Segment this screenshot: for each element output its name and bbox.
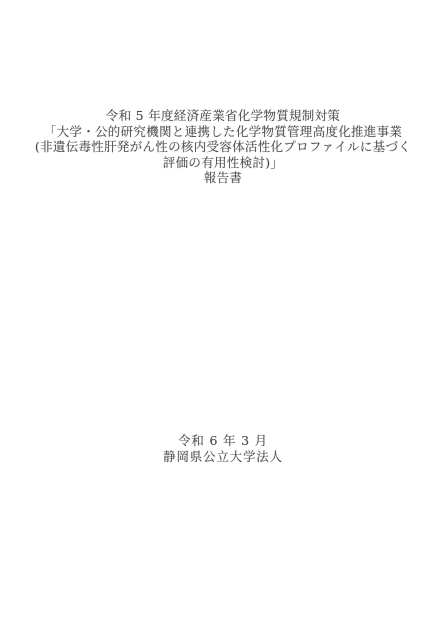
report-cover-page: 令和 5 年度経済産業省化学物質規制対策 「大学・公的研究機関と連携した化学物質…	[0, 0, 446, 630]
report-date: 令和 6 年 3 月	[0, 433, 446, 449]
title-line-program: 令和 5 年度経済産業省化学物質規制対策	[0, 108, 446, 124]
report-organization: 静岡県公立大学法人	[0, 449, 446, 465]
title-line-doctype: 報告書	[0, 170, 446, 186]
title-line-subtitle-2: 評価の有用性検討)」	[0, 155, 446, 171]
title-line-project: 「大学・公的研究機関と連携した化学物質管理高度化推進事業	[0, 124, 446, 140]
report-title-block: 令和 5 年度経済産業省化学物質規制対策 「大学・公的研究機関と連携した化学物質…	[0, 108, 446, 186]
report-footer-block: 令和 6 年 3 月 静岡県公立大学法人	[0, 433, 446, 466]
title-line-subtitle-1: (非遺伝毒性肝発がん性の核内受容体活性化プロファイルに基づく	[0, 139, 446, 155]
